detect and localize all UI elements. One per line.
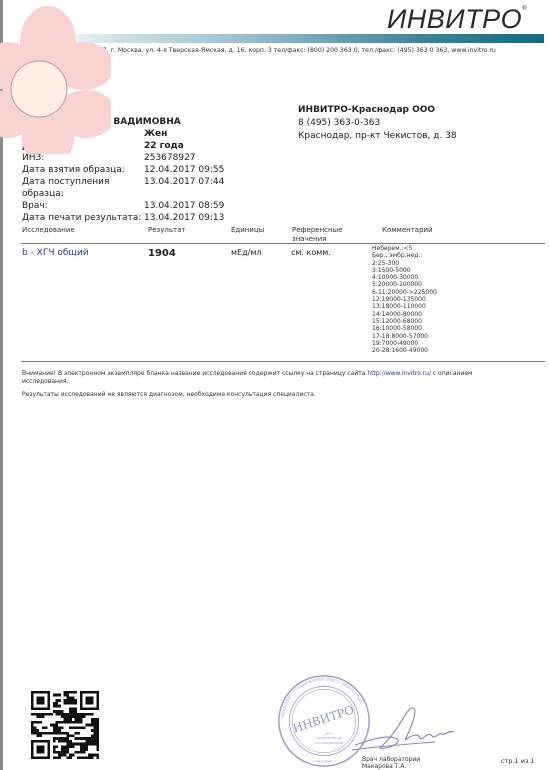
field-value-doctor: 13.04.2017 08:59 — [144, 200, 224, 212]
comment-line: 19:7000-49000 — [372, 340, 437, 347]
col-header-test: Исследование — [22, 226, 75, 235]
comment-line: 14:14000-80000 — [372, 311, 437, 318]
header-bar — [40, 34, 544, 43]
col-header-result: Результат — [148, 226, 185, 235]
comment-line: 4:10000-30000 — [372, 274, 437, 281]
test-comment: Неберем.:<5Бер., эмбр.нед.:2:25-3003:150… — [372, 245, 437, 354]
invitro-logo: ИНВИТРО® — [387, 4, 527, 35]
svg-text:исследований: исследований — [315, 740, 344, 745]
field-value-print-date: 13.04.2017 09:13 — [144, 212, 224, 224]
comment-line: Бер., эмбр.нед.: — [372, 252, 437, 259]
field-value-sex: Жен — [144, 128, 167, 140]
qr-code-icon — [31, 691, 99, 759]
comment-line: 12:19000-135000 — [372, 296, 437, 303]
lab-name: ИНВИТРО-Краснодар ООО — [298, 104, 457, 117]
field-label-sample-date: Дата взятия образца: — [22, 164, 144, 176]
test-units: мЕд/мл — [231, 248, 261, 257]
flower-sticker-icon — [0, 4, 111, 154]
disclaimer-note: Результаты исследований не являются диаг… — [22, 391, 316, 399]
col-header-comment: Комментарий — [382, 226, 433, 235]
comment-line: 16:10000-58000 — [372, 325, 437, 332]
field-label-received-date: Дата поступления образца: — [22, 176, 144, 200]
page-number: стр.1 из 1 — [501, 757, 535, 765]
comment-line: 2:25-300 — [372, 260, 437, 267]
test-name-link[interactable]: b - ХГЧ общий — [22, 248, 89, 258]
comment-line: 3:1500-5000 — [372, 267, 437, 274]
comment-line: 13:18000-110000 — [372, 303, 437, 310]
doctor-signature-icon — [350, 700, 460, 760]
doctor-signature-block: Врач лаборатории Макарова Т.А. — [362, 756, 420, 770]
comment-line: 15:12000-68000 — [372, 318, 437, 325]
field-value-age: 22 года — [144, 140, 184, 152]
lab-address: Краснодар, пр-кт Чекистов, д. 38 — [298, 130, 457, 143]
invitro-link[interactable]: http://www.invitro.ru/ — [367, 370, 431, 377]
col-header-reference: Референсныезначения — [292, 226, 342, 244]
test-result: 1904 — [148, 248, 176, 259]
comment-line: 17-18:8000-57000 — [372, 333, 437, 340]
field-value-sample-date: 12.04.2017 09:55 — [144, 164, 224, 176]
col-header-units: Единицы — [231, 226, 264, 235]
field-value-received-date: 13.04.2017 07:44 — [144, 176, 224, 200]
table-bottom-divider — [21, 361, 545, 362]
comment-line: Неберем.:<5 — [372, 245, 437, 252]
field-label-print-date: Дата печати результата: — [22, 212, 144, 224]
field-label-doctor: Врач: — [22, 200, 144, 212]
test-reference: см. комм. — [291, 248, 331, 257]
company-address: Ъ, 125047, г. Москва, ул. 4-я Тверская-Я… — [74, 47, 543, 54]
lab-info: ИНВИТРО-Краснодар ООО 8 (495) 363-0-363 … — [298, 104, 457, 143]
field-value-inz: 253678927 — [144, 152, 196, 164]
comment-line: 6-11:20000->225000 — [372, 289, 437, 296]
svg-text:ИНВИТРО: ИНВИТРО — [291, 703, 356, 736]
svg-text:• МОСКВА •: • МОСКВА • — [312, 758, 336, 763]
lab-phone: 8 (495) 363-0-363 — [298, 117, 457, 130]
attention-note: Внимание! В электронном экземпляре бланк… — [22, 370, 473, 385]
table-header-divider — [21, 243, 545, 244]
comment-line: 20-28:1600-49000 — [372, 347, 437, 354]
comment-line: 5:20000-100000 — [372, 281, 437, 288]
